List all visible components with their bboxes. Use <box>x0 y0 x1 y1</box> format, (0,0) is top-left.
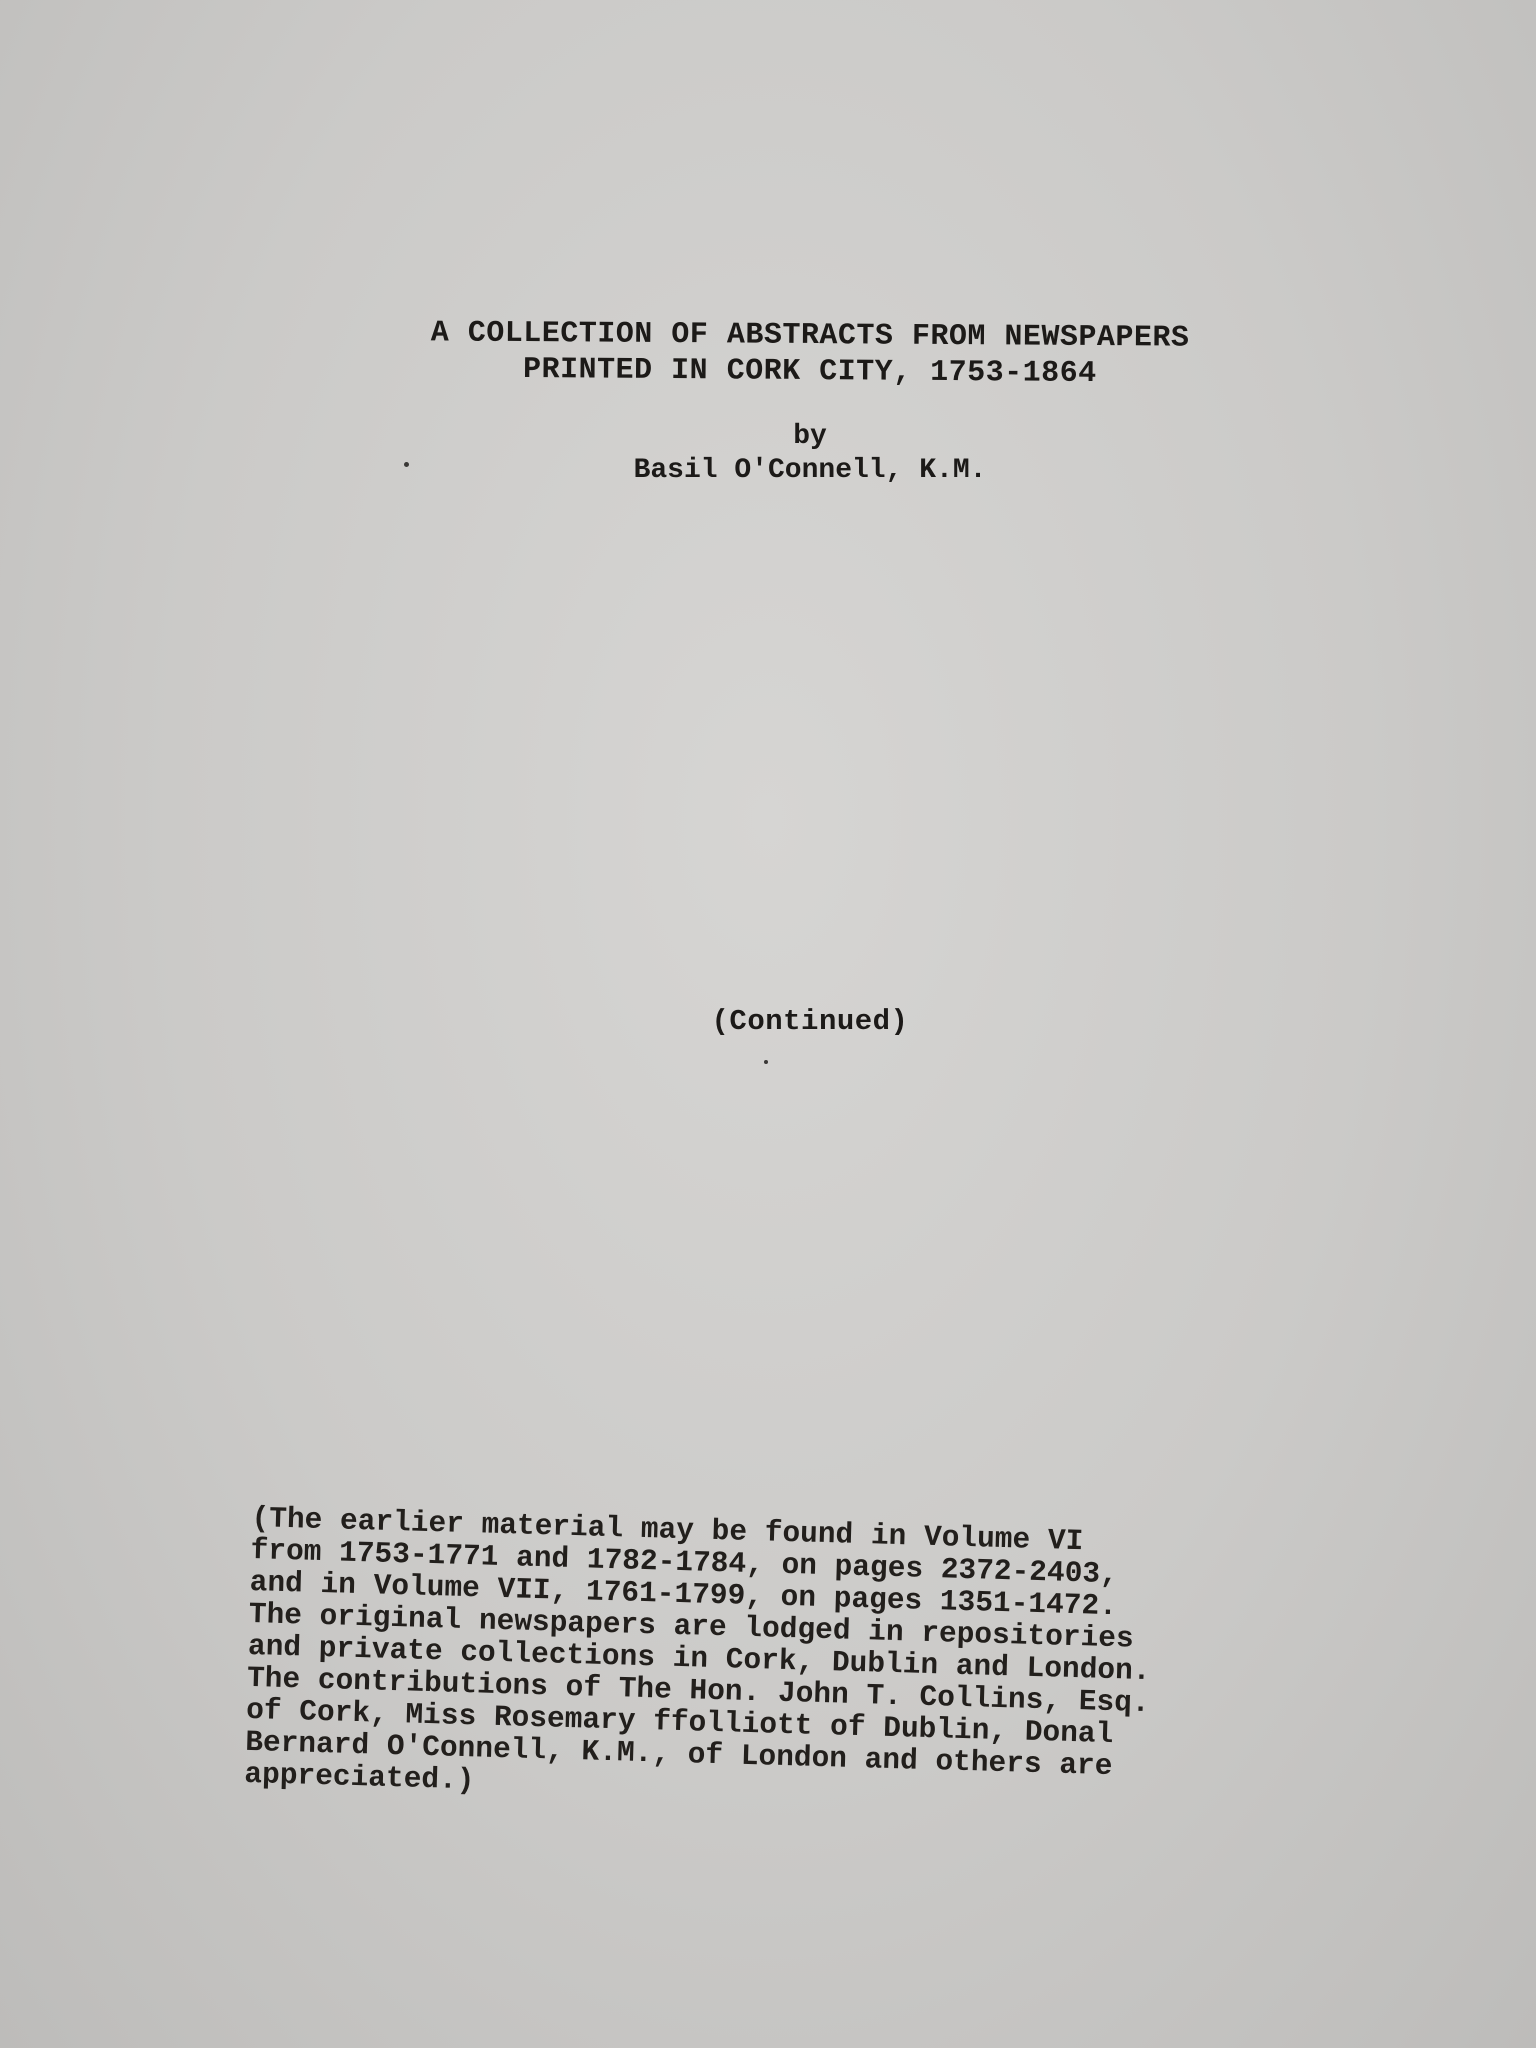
paper-speck <box>404 462 409 467</box>
title-line-1: A COLLECTION OF ABSTRACTS FROM NEWSPAPER… <box>380 315 1240 357</box>
title-line-2: PRINTED IN CORK CITY, 1753-1864 <box>380 351 1240 393</box>
byline: by Basil O'Connell, K.M. <box>500 420 1120 488</box>
editorial-note: (The earlier material may be found in Vo… <box>244 1502 1332 1820</box>
byline-author: Basil O'Connell, K.M. <box>500 454 1120 488</box>
paper-speck <box>764 1060 768 1064</box>
continued-label: (Continued) <box>690 1005 930 1038</box>
byline-by: by <box>500 420 1120 454</box>
document-page: A COLLECTION OF ABSTRACTS FROM NEWSPAPER… <box>0 0 1536 2048</box>
document-title: A COLLECTION OF ABSTRACTS FROM NEWSPAPER… <box>380 315 1240 393</box>
